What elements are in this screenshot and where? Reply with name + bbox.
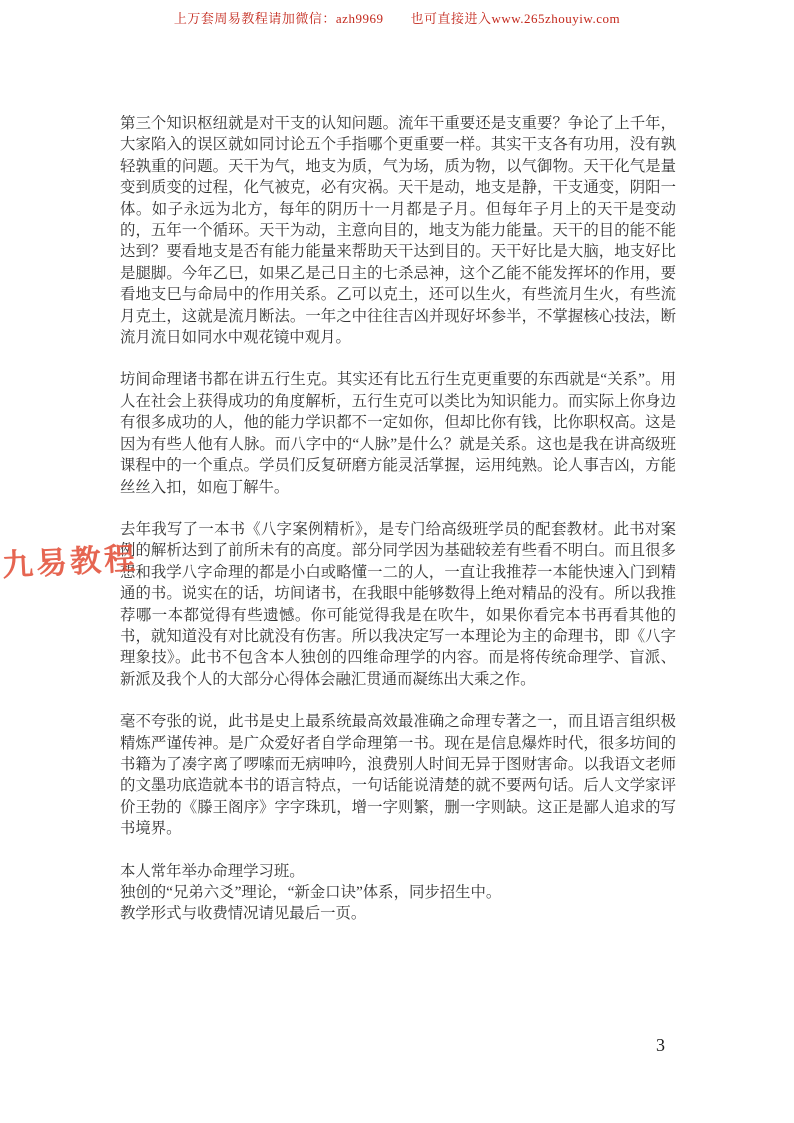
watermark: 九易教程 <box>1 533 139 585</box>
document-body: 第三个知识枢纽就是对干支的认知问题。流年干重要还是支重要？争论了上千年，大家陷入… <box>120 113 676 925</box>
closing-line-fees: 教学形式与收费情况请见最后一页。 <box>120 903 676 924</box>
paragraph-book-praise: 毫不夸张的说，此书是史上最系统最高效最准确之命理专著之一，而且语言组织极精炼严谨… <box>120 711 676 839</box>
closing-line-theories: 独创的“兄弟六爻”理论，“新金口诀”体系，同步招生中。 <box>120 882 676 903</box>
header-promo-text: 上万套周易教程请加微信：azh9969 也可直接进入www.265zhouyiw… <box>0 8 794 27</box>
document-page: 上万套周易教程请加微信：azh9969 也可直接进入www.265zhouyiw… <box>0 0 794 1123</box>
paragraph-wuxing-relations: 坊间命理诸书都在讲五行生克。其实还有比五行生克更重要的东西就是“关系”。用人在社… <box>120 369 676 497</box>
paragraph-new-book: 去年我写了一本书《八字案例精析》，是专门给高级班学员的配套教材。此书对案例的解析… <box>120 519 676 690</box>
closing-line-classes: 本人常年举办命理学习班。 <box>120 861 676 882</box>
closing-block: 本人常年举办命理学习班。 独创的“兄弟六爻”理论，“新金口诀”体系，同步招生中。… <box>120 861 676 925</box>
paragraph-ganzhi-knowledge: 第三个知识枢纽就是对干支的认知问题。流年干重要还是支重要？争论了上千年，大家陷入… <box>120 113 676 348</box>
page-number: 3 <box>656 1035 665 1056</box>
